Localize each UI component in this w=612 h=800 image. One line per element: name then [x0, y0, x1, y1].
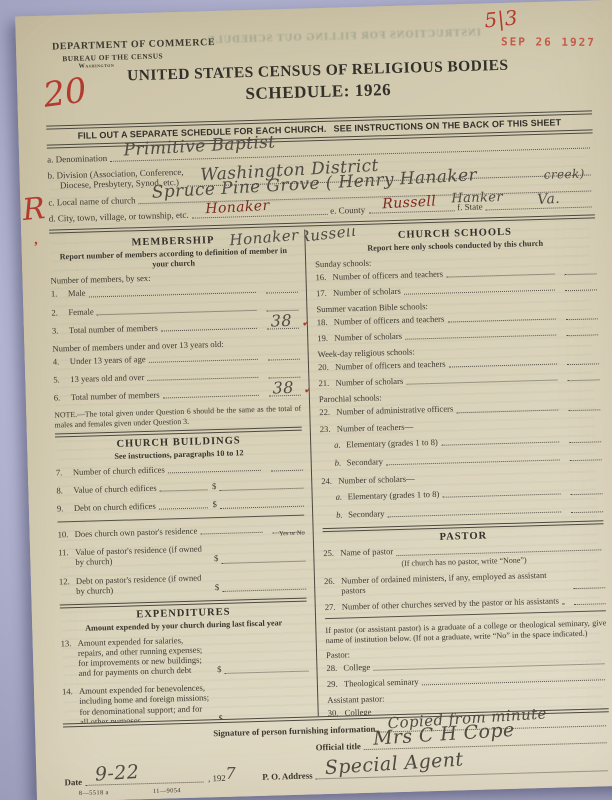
field-f-handwritten-value: Va.: [537, 190, 561, 207]
dollar-sign: $: [215, 582, 220, 592]
dotted-leader: [159, 503, 208, 509]
section-title-text: EXPENDITURES: [136, 607, 231, 621]
dotted-leader: [562, 599, 564, 604]
dotted-leader: [147, 373, 258, 381]
question-text: Value of church edifices: [73, 483, 157, 495]
dotted-leader: [446, 269, 555, 277]
section-subtitle: Report number of members according to de…: [56, 246, 291, 272]
question-text: Elementary (grades 1 to 8): [348, 489, 440, 502]
question-row-12: 12.Debt on pastor's residence (if owned …: [59, 569, 306, 596]
field-f-handwritten-annotation: Hanker: [451, 190, 503, 206]
question-text: Secondary: [347, 456, 384, 467]
question-row-7: 7.Number of church edifices: [56, 460, 303, 477]
question-row-10: 10.Does church own pastor's residenceYes…: [57, 523, 304, 540]
question-text: College: [343, 662, 370, 673]
question-number: 28.: [326, 663, 343, 674]
question-row-26: 26.Number of ordained ministers, if any,…: [324, 568, 605, 596]
question-number: 18.: [317, 317, 334, 328]
dotted-leader: [441, 437, 559, 445]
question-number: 1.: [51, 289, 68, 300]
question-number: b.: [335, 457, 347, 467]
dollar-sign: $: [217, 664, 222, 674]
dotted-leader: [386, 455, 560, 465]
identification-fields: a. Denomination Primitive Baptist b. Div…: [47, 139, 595, 223]
question-number: 23.: [320, 423, 337, 434]
dollar-sign: $: [212, 481, 217, 491]
answer-blank: [571, 508, 603, 514]
answer-blank: [573, 583, 605, 589]
dotted-leader: [422, 675, 605, 685]
question-text: Elementary (grades 1 to 8): [346, 437, 438, 450]
date-address-row: Date 9-22 , 192 7 P. O. Address Special …: [64, 753, 610, 787]
answer-blank: [569, 437, 601, 443]
answer-blank: [565, 285, 597, 291]
dotted-leader: [406, 376, 557, 385]
question-text: Total number of members: [71, 390, 160, 403]
section-title-text: CHURCH BUILDINGS: [116, 435, 240, 449]
answer-blank: 38✓: [269, 391, 301, 397]
field-d-line: Honaker: [192, 210, 328, 219]
question-row-14: 14.Amount expended for benevolences, inc…: [62, 680, 310, 723]
dotted-leader: [200, 528, 262, 535]
census-form-photo: R ’ DEPARTMENT OF COMMERCE BUREAU OF THE…: [0, 0, 612, 800]
po-address-line: Special Agent: [316, 766, 608, 779]
dotted-leader: [456, 405, 558, 413]
form-codes: 8—5518 a 11—9054: [79, 786, 223, 797]
question-number: 9.: [57, 503, 74, 514]
thin-rule: [325, 610, 606, 619]
question-number: 11.: [58, 547, 75, 558]
question-number: 3.: [52, 325, 69, 336]
question-number: 22.: [319, 407, 336, 418]
answer-blank: [222, 584, 306, 591]
dotted-leader: [442, 490, 560, 498]
field-e-label: e. County: [330, 204, 365, 215]
question-row-8: 8.Value of church edifices$: [56, 479, 303, 496]
question-text: Male: [68, 288, 86, 299]
answer-blank: [224, 667, 308, 674]
dotted-leader: [89, 287, 256, 297]
question-number: 17.: [316, 287, 333, 298]
question-row-5: 5.13 years old and over: [53, 368, 300, 385]
question-number: 7.: [56, 467, 73, 478]
question-text: Amount expended for benevolences, includ…: [79, 683, 211, 724]
answer-blank: [568, 405, 600, 411]
form-footer: Signature of person furnishing informati…: [63, 717, 610, 787]
question-text: Number of officers and teachers: [332, 268, 443, 281]
question-row-23: 23.Number of teachers—: [320, 416, 601, 434]
dollar-sign: $: [212, 499, 217, 509]
field-d-label: d. City, town, village, or township, etc…: [49, 209, 189, 223]
question-text: Debt on church edifices: [74, 501, 156, 513]
question-text: Number of ordained ministers, if any, em…: [341, 569, 560, 595]
question-text: Under 13 years of age: [70, 354, 146, 366]
yes-or-no-caption: Yes or No: [279, 530, 305, 538]
right-column: CHURCH SCHOOLSRussellReport here only sc…: [305, 221, 608, 716]
dollar-sign: $: [214, 553, 219, 563]
question-number: 29.: [327, 679, 344, 690]
question-number: 30.: [328, 708, 345, 716]
question-row-3: 3.Total number of members38✓: [52, 318, 299, 335]
form-code-right: 11—9054: [153, 787, 181, 795]
question-row-27: 27.Number of other churches served by th…: [325, 594, 606, 612]
question-number: 12.: [59, 576, 76, 587]
question-row-19: 19.Number of scholars: [317, 325, 598, 343]
answer-blank: 38✓: [267, 323, 299, 329]
dotted-leader: [163, 391, 259, 399]
question-text: Number of officers and teachers: [334, 313, 445, 326]
dotted-leader: [149, 355, 258, 363]
field-d-handwritten-value: Honaker: [205, 197, 270, 216]
question-text: 13 years old and over: [70, 372, 144, 384]
question-text: Number of scholars—: [338, 473, 415, 485]
section-title-text: CHURCH SCHOOLS: [398, 226, 512, 240]
question-number: 27.: [325, 601, 342, 612]
dotted-leader: [387, 508, 561, 518]
red-schedule-number: 20: [41, 70, 89, 115]
question-text: Value of pastor's residence (if owned by…: [75, 544, 206, 568]
po-address-label: P. O. Address: [262, 770, 313, 781]
left-column: MEMBERSHIPHonakerReport number of member…: [49, 229, 318, 723]
question-text: Female: [68, 306, 94, 317]
question-row-13: 13.Amount expended for salaries, repairs…: [61, 631, 309, 678]
question-number: 21.: [318, 378, 335, 389]
section-title-text: MEMBERSHIP: [131, 235, 214, 248]
dotted-leader: [449, 360, 558, 368]
question-text: Does church own pastor's residence: [74, 526, 197, 540]
field-c-label: c. Local name of church: [48, 195, 135, 207]
date-handwritten-value: 9-22: [94, 761, 140, 786]
date-line: 9-22: [85, 777, 203, 785]
signature-label: Signature of person furnishing informati…: [213, 723, 375, 738]
question-text: Number of other churches served by the p…: [342, 595, 559, 611]
question-row-24: 24.Number of scholars—: [321, 468, 602, 486]
answer-blank: [220, 502, 304, 509]
form-code-left: 8—5518 a: [79, 789, 109, 797]
field-f-line: Hanker Va.: [486, 202, 592, 210]
question-row-a: a.Elementary (grades 1 to 8): [336, 484, 603, 502]
question-number: a.: [334, 439, 346, 449]
field-a-label: a. Denomination: [47, 153, 107, 165]
instruction-paragraph: If pastor (or assistant pastor) is a gra…: [325, 618, 606, 646]
question-number: 25.: [323, 548, 340, 559]
question-text: Number of teachers—: [337, 421, 414, 433]
answer-blank: [271, 466, 303, 472]
question-number: 14.: [62, 686, 79, 697]
handwritten-answer: 38: [272, 379, 294, 398]
question-row-29: 29.Theological seminary: [327, 671, 608, 689]
field-e-line: Russell: [368, 206, 454, 213]
po-address-handwritten-value: Special Agent: [324, 748, 464, 779]
question-text: Number of scholars: [333, 286, 401, 298]
answer-blank: [567, 360, 599, 366]
handwritten-answer: 38: [271, 312, 293, 331]
question-row-6: 6.Total number of members38✓: [54, 386, 301, 403]
question-text: Name of pastor: [340, 547, 393, 559]
question-row-11: 11.Value of pastor's residence (if owned…: [58, 541, 305, 568]
answer-blank: [566, 314, 598, 320]
question-number: 4.: [53, 356, 70, 367]
answer-blank: [571, 490, 603, 496]
question-text: Number of officers and teachers: [335, 359, 446, 372]
section-title-text: PASTOR: [439, 531, 487, 543]
question-number: 13.: [61, 638, 78, 649]
official-title-line: Mrs C H Cope: [364, 738, 607, 750]
question-number: 16.: [315, 271, 332, 282]
thin-rule: [57, 515, 304, 523]
note-text: NOTE.—The total given under Question 6 s…: [54, 404, 301, 430]
question-row-a: a.Elementary (grades 1 to 8): [334, 432, 601, 450]
question-number: 10.: [57, 529, 74, 540]
question-row-2: 2.Female: [51, 300, 298, 317]
dotted-leader: [404, 285, 555, 294]
question-row-17: 17.Number of scholars: [316, 280, 597, 298]
field-e-handwritten-value: Russell: [381, 193, 436, 212]
question-row-b: b.Secondary: [336, 502, 603, 520]
question-number: 20.: [318, 362, 335, 373]
question-number: 24.: [321, 476, 338, 487]
dotted-leader: [160, 485, 208, 491]
form-header: DEPARTMENT OF COMMERCE BUREAU OF THE CEN…: [43, 10, 592, 125]
dotted-leader: [447, 314, 556, 322]
question-text: Number of administrative officers: [336, 404, 453, 417]
form-columns: MEMBERSHIPHonakerReport number of member…: [49, 221, 608, 723]
question-number: a.: [336, 491, 348, 501]
question-number: 5.: [53, 374, 70, 385]
question-text: Secondary: [348, 509, 385, 520]
dotted-leader: [168, 466, 261, 474]
question-number: b.: [336, 510, 348, 520]
field-c-handwritten-note: creek): [544, 166, 585, 181]
question-text: Number of scholars: [334, 331, 402, 343]
answer-blank: [268, 355, 300, 361]
question-number: 26.: [324, 575, 341, 586]
date-label: Date: [64, 777, 82, 787]
answer-blank: [266, 287, 298, 293]
dotted-leader: [161, 324, 257, 332]
year-printed: , 192: [208, 773, 226, 783]
question-row-9: 9.Debt on church edifices$: [57, 497, 304, 514]
question-text: Theological seminary: [344, 677, 419, 689]
answer-blank: Yes or No: [273, 528, 305, 534]
question-number: 19.: [317, 333, 334, 344]
question-number: 8.: [56, 485, 73, 496]
answer-blank: [567, 376, 599, 382]
answer-blank: [566, 330, 598, 336]
answer-blank: [574, 599, 606, 605]
answer-blank: [219, 484, 303, 491]
official-title-label: Official title: [316, 741, 361, 752]
dotted-leader: [405, 331, 556, 340]
dotted-leader: [97, 306, 257, 315]
dotted-leader: [373, 659, 604, 670]
question-text: Debt on pastor's residence (if owned by …: [76, 572, 207, 596]
form-paper: R ’ DEPARTMENT OF COMMERCE BUREAU OF THE…: [15, 0, 612, 800]
question-row-21: 21.Number of scholars: [318, 371, 599, 389]
form-content: DEPARTMENT OF COMMERCE BUREAU OF THE CEN…: [15, 0, 612, 788]
answer-blank: [221, 556, 305, 563]
answer-blank: [570, 455, 602, 461]
question-text: Total number of members: [69, 322, 158, 335]
question-text: Number of scholars: [335, 376, 403, 388]
question-number: 6.: [54, 392, 71, 403]
question-number: 2.: [51, 307, 68, 318]
question-text: Amount expended for salaries, repairs, a…: [78, 634, 210, 678]
year-handwritten-value: 7: [225, 763, 236, 782]
question-text: Number of church edifices: [73, 464, 165, 477]
question-row-b: b.Secondary: [335, 450, 602, 468]
spacer: [236, 782, 262, 783]
answer-blank: [564, 269, 596, 275]
